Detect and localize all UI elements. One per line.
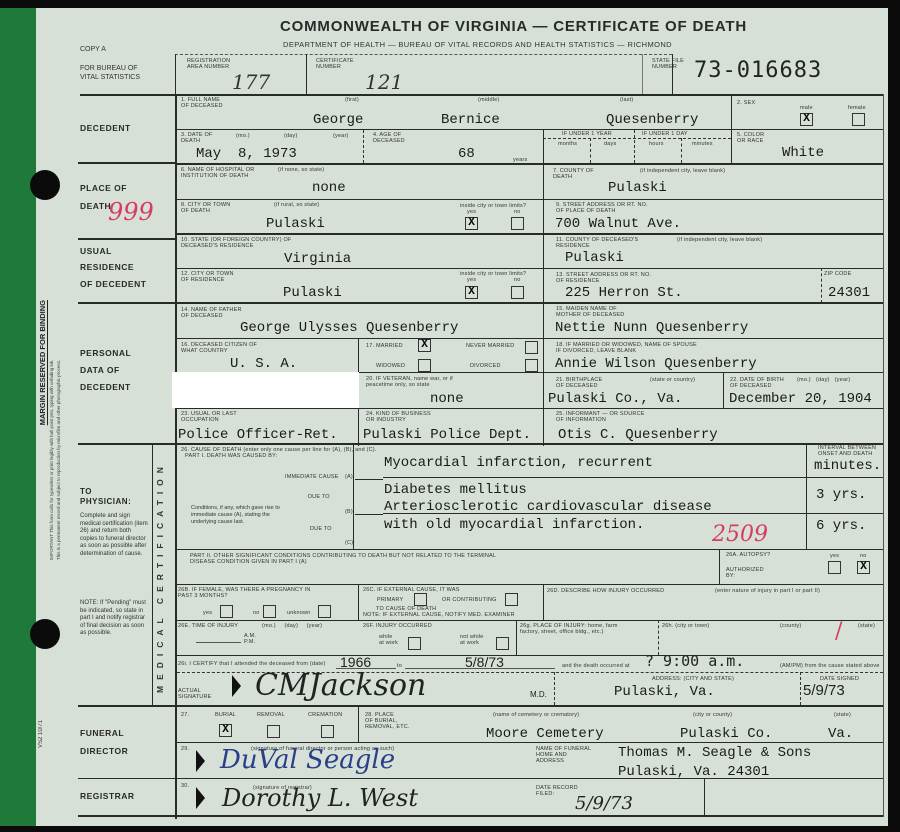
pregnancy-no-checkbox[interactable]	[263, 605, 276, 618]
divider	[175, 54, 672, 56]
divider	[681, 138, 682, 163]
divider	[177, 199, 883, 200]
pregnancy-no-label: no	[253, 610, 260, 616]
burial-label: BURIAL	[215, 712, 236, 718]
citizen-label: 16. DECEASED CITIZEN OF WHAT COUNTRY	[181, 342, 257, 354]
pending-note: NOTE: If "Pending" must be indicated, so…	[80, 600, 148, 638]
under-1-day-label: IF UNDER 1 DAY	[642, 131, 688, 137]
due-to-label-2: DUE TO	[310, 526, 332, 532]
cemetery-city-hint: (city or county)	[693, 712, 732, 718]
funeral-home-name: Thomas M. Seagle & Sons	[618, 745, 811, 761]
not-while-at-work-label: not while at work	[460, 634, 484, 646]
death-inside-limits-no-checkbox[interactable]	[511, 217, 524, 230]
age-value: 68	[458, 146, 475, 162]
divorced-checkbox[interactable]	[525, 359, 538, 372]
md-label: M.D.	[530, 690, 547, 699]
cemetery-hint: (name of cemetery or crematory)	[493, 712, 579, 718]
section-personal-2: DATA OF	[80, 365, 120, 375]
immediate-cause-label: IMMEDIATE CAUSE	[285, 474, 339, 480]
residence-street-label: 13. STREET ADDRESS OR RT. NO. OF RESIDEN…	[556, 272, 651, 284]
yes-label: yes	[467, 209, 476, 215]
divider	[177, 408, 883, 409]
pregnancy-unknown-checkbox[interactable]	[318, 605, 331, 618]
divider	[516, 620, 517, 655]
dob-value: December 20, 1904	[729, 391, 872, 407]
months-hint: months	[558, 141, 577, 147]
redacted-field	[172, 372, 359, 408]
residence-state-value: Virginia	[284, 251, 351, 267]
cemetery-county-value: Pulaski Co.	[680, 726, 772, 742]
divider	[543, 302, 544, 446]
divider	[177, 742, 883, 743]
birthplace-label: 21. BIRTHPLACE OF DECEASED	[556, 377, 602, 389]
section-place-of-death: PLACE OF	[80, 183, 127, 193]
divider	[821, 268, 822, 303]
autopsy-yes-label: yes	[830, 553, 839, 559]
residence-city-value: Pulaski	[283, 285, 342, 301]
father-value: George Ulysses Quesenberry	[240, 320, 458, 336]
date-of-death-label: 3. DATE OF DEATH	[181, 132, 213, 144]
director-signature: DuVal Seagle	[220, 745, 395, 775]
full-name-label: 1. FULL NAME OF DECEASED	[181, 97, 223, 109]
widowed-label: WIDOWED	[376, 363, 405, 369]
cause-a-marker: (A)	[345, 474, 353, 480]
registration-area-number: 177	[232, 70, 270, 94]
removal-label: REMOVAL	[257, 712, 285, 718]
primary-checkbox[interactable]	[414, 593, 427, 606]
primary-label: PRIMARY	[377, 597, 403, 603]
divider	[306, 54, 307, 94]
punch-hole	[30, 170, 60, 200]
contributing-label: or CONTRIBUTING	[442, 597, 497, 603]
divider	[177, 338, 883, 339]
divider	[355, 514, 383, 515]
describe-injury-hint: (enter nature of injury in part I or par…	[715, 588, 820, 594]
minutes-hint: minutes	[692, 141, 713, 147]
residence-state-label: 10. STATE (OR FOREIGN COUNTRY) OF DECEAS…	[181, 237, 292, 249]
divider	[177, 129, 883, 130]
dob-label: 22. DATE OF BIRTH OF DECEASED	[730, 377, 784, 389]
burial-place-label: 28. PLACE OF BURIAL, REMOVAL, ETC.	[365, 712, 410, 730]
time-of-injury-label: 26e. TIME OF INJURY	[178, 623, 238, 629]
signature-arrow-icon	[232, 675, 241, 697]
month-hint: (mo.)	[236, 133, 250, 139]
section-personal: PERSONAL	[80, 348, 131, 358]
divider	[80, 94, 175, 96]
last-name-value: Quesenberry	[606, 112, 698, 128]
due-to-label: DUE TO	[308, 494, 330, 500]
city-of-death-label: 8. CITY OR TOWN OF DEATH	[181, 202, 230, 214]
divider	[78, 815, 883, 817]
cemetery-state-hint: (state)	[834, 712, 851, 718]
physician-address-label: ADDRESS: (CITY AND STATE)	[652, 676, 734, 682]
place-of-injury-label: 26g. PLACE OF INJURY: home, farm factory…	[520, 623, 618, 635]
physician-heading: PHYSICIAN:	[80, 497, 131, 506]
county-of-death-label: 7. COUNTY OF DEATH	[553, 168, 594, 180]
registrar-number: 30.	[181, 783, 189, 789]
certificate-paper	[0, 8, 888, 826]
divider	[355, 479, 383, 480]
date-of-death-value: May 8, 1973	[196, 146, 297, 162]
physician-signature: CMJackson	[255, 668, 426, 703]
cause-c-value-2: with old myocardial infarction.	[384, 517, 644, 533]
section-residence-2: RESIDENCE	[80, 262, 134, 272]
external-note: NOTE: IF EXTERNAL CAUSE, NOTIFY MED. EXA…	[363, 612, 515, 618]
divider	[383, 513, 883, 514]
middle-name-value: Bernice	[441, 112, 500, 128]
disposition-number: 27.	[181, 712, 189, 718]
funeral-home-address: Pulaski, Va. 24301	[618, 764, 769, 780]
divider	[723, 372, 724, 408]
registrar-signature-arrow-icon	[196, 787, 205, 809]
document-title: COMMONWEALTH OF VIRGINIA — CERTIFICATE O…	[280, 18, 747, 35]
autopsy-no-checkbox[interactable]: X	[857, 561, 870, 574]
injury-county-label: (county)	[780, 623, 801, 629]
divorced-label: DIVORCED	[470, 363, 501, 369]
copy-label: COPY A	[80, 46, 106, 53]
section-decedent: DECEDENT	[80, 123, 131, 133]
never-married-checkbox[interactable]	[525, 341, 538, 354]
conditions-note: Conditions, if any, which gave rise to i…	[191, 505, 289, 526]
removal-checkbox[interactable]	[267, 725, 280, 738]
county-of-death-value: Pulaski	[608, 180, 667, 196]
funeral-home-label: NAME OF FUNERAL HOME AND ADDRESS	[536, 746, 591, 764]
registrar-signature: Dorothy L. West	[222, 784, 418, 812]
medical-certification-label: MEDICAL CERTIFICATION	[155, 455, 165, 700]
director-signature-arrow-icon	[196, 750, 205, 772]
sex-male-checkbox[interactable]: X	[800, 113, 813, 126]
day-hint: (day)	[284, 133, 298, 139]
time-blank	[196, 642, 241, 643]
burial-checkbox[interactable]: X	[219, 724, 232, 737]
divider	[543, 138, 731, 139]
divider	[554, 672, 555, 705]
state-file-number: 73-016683	[694, 58, 822, 83]
color-label: 5. COLOR OR RACE	[737, 132, 764, 144]
divider	[78, 302, 175, 304]
hospital-hint: (if none, so state)	[278, 167, 324, 173]
informant-label: 25. INFORMANT — OR SOURCE OF INFORMATION	[556, 411, 645, 423]
interval-a-value: minutes.	[814, 458, 881, 474]
hours-hint: hours	[649, 141, 664, 147]
occupation-value: Police Officer-Ret.	[178, 427, 338, 443]
sex-female-checkbox[interactable]	[852, 113, 865, 126]
age-label: 4. AGE OF DECEASED	[373, 132, 405, 144]
divider	[177, 549, 883, 550]
certificate-number: 121	[365, 70, 403, 94]
color-value: White	[782, 145, 824, 161]
am-pm-label: A.M. P.M.	[244, 633, 256, 645]
state-file-label: STATE FILE NUMBER	[652, 58, 684, 70]
residence-street-value: 225 Herron St.	[565, 285, 683, 301]
yes-label: yes	[467, 277, 476, 283]
sex-label: 2. SEX	[737, 100, 755, 106]
registration-area-label: REGISTRATION AREA NUMBER	[187, 58, 230, 70]
widowed-checkbox[interactable]	[418, 359, 431, 372]
physician-address-value: Pulaski, Va.	[614, 684, 715, 700]
dob-hint: (mo.) (day) (year)	[797, 377, 850, 383]
section-residence-3: OF DECEDENT	[80, 279, 146, 289]
divider	[358, 584, 359, 620]
no-label: no	[514, 277, 521, 283]
residence-inside-limits-yes-checkbox[interactable]: X	[465, 286, 478, 299]
divider	[358, 705, 359, 742]
attended-to-value: 5/8/73	[465, 654, 504, 670]
divider	[177, 233, 883, 235]
spouse-value: Annie Wilson Quesenberry	[555, 356, 757, 372]
authorized-by-label: AUTHORIZED BY:	[726, 567, 764, 579]
divider	[177, 268, 883, 269]
divider	[177, 655, 883, 656]
divider	[543, 268, 544, 303]
zip-value: 24301	[828, 285, 870, 301]
pregnancy-yes-checkbox[interactable]	[220, 605, 233, 618]
mother-value: Nettie Nunn Quesenberry	[555, 320, 748, 336]
important-note: IMPORTANT This form calls for typewriter…	[49, 260, 55, 560]
contributing-checkbox[interactable]	[505, 593, 518, 606]
middle-name-hint: (middle)	[478, 97, 499, 103]
pregnancy-yes-label: yes	[203, 610, 212, 616]
divider	[152, 443, 883, 445]
cremation-label: CREMATION	[308, 712, 342, 718]
death-street-label: 9. STREET ADDRESS OR RT. NO. OF PLACE OF…	[556, 202, 648, 214]
from-causes-label: (AM/PM) from the cause stated above	[780, 663, 880, 669]
hospital-label: 6. NAME OF HOSPITAL OR INSTITUTION OF DE…	[181, 167, 254, 179]
married-checkbox[interactable]: X	[418, 339, 431, 352]
divider	[719, 549, 720, 584]
certificate-number-label: CERTIFICATE NUMBER	[316, 58, 354, 70]
birthplace-value: Pulaski Co., Va.	[548, 391, 682, 407]
female-label: female	[848, 105, 866, 111]
interval-b-value: 3 yrs.	[816, 487, 866, 503]
year-hint: (year)	[333, 133, 349, 139]
days-hint: days	[604, 141, 616, 147]
important-note-2: This is a permanent record and subject t…	[56, 260, 62, 560]
birthplace-hint: (state or country)	[650, 377, 695, 383]
married-label: 17. MARRIED	[366, 343, 403, 349]
while-at-work-label: while at work	[379, 634, 398, 646]
red-check-mark: /	[835, 619, 842, 644]
divider	[177, 163, 883, 165]
city-of-death-value: Pulaski	[266, 216, 325, 232]
describe-injury-label: 26d. DESCRIBE HOW INJURY OCCURRED	[547, 588, 664, 594]
county-hint: (if independent city, leave blank)	[640, 168, 725, 174]
divider	[806, 443, 807, 549]
while-at-work-checkbox[interactable]	[408, 637, 421, 650]
cemetery-state-value: Va.	[828, 726, 853, 742]
copy-purpose: FOR BUREAU OF VITAL STATISTICS	[80, 64, 140, 82]
section-funeral: FUNERAL	[80, 728, 124, 738]
zip-label: ZIP CODE	[824, 271, 851, 277]
autopsy-no-label: no	[860, 553, 867, 559]
binding-margin-title: MARGIN RESERVED FOR BINDING	[38, 300, 47, 425]
punch-hole	[30, 619, 60, 649]
not-while-at-work-checkbox[interactable]	[496, 637, 509, 650]
divider	[175, 54, 176, 94]
certify-label: 26i. I CERTIFY that I attended the decea…	[178, 661, 325, 667]
divider	[78, 238, 175, 240]
death-time-value: ? 9:00 a.m.	[645, 652, 744, 670]
residence-county-label: 11. COUNTY OF DECEASED'S RESIDENCE	[556, 237, 638, 249]
cemetery-value: Moore Cemetery	[486, 726, 604, 742]
cremation-checkbox[interactable]	[321, 725, 334, 738]
last-name-hint: (last)	[620, 97, 633, 103]
section-residence: USUAL	[80, 246, 112, 256]
binding-strip	[0, 8, 36, 826]
no-label: no	[514, 209, 521, 215]
first-name-value: George	[313, 112, 363, 128]
divider	[78, 705, 883, 707]
cause-c-marker: (C)	[345, 540, 353, 546]
divider	[634, 130, 635, 163]
interval-c-value: 6 yrs.	[816, 518, 866, 534]
section-funeral-2: DIRECTOR	[80, 746, 128, 756]
business-value: Pulaski Police Dept.	[363, 427, 531, 443]
divider	[78, 162, 175, 164]
cause-b-value: Diabetes mellitus	[384, 482, 527, 498]
divider	[177, 584, 883, 585]
divider	[704, 779, 705, 815]
divider	[543, 163, 544, 279]
divider	[358, 372, 883, 373]
residence-county-hint: (if independent city, leave blank)	[677, 237, 762, 243]
place-code-handwritten: 999	[108, 198, 154, 226]
pregnancy-label: 26b. IF FEMALE, WAS THERE A PREGNANCY IN…	[178, 587, 311, 599]
actual-signature-label: ACTUAL SIGNATURE	[178, 688, 211, 700]
pregnancy-unknown-label: unknown	[287, 610, 310, 616]
divider	[152, 445, 153, 707]
business-label: 24. KIND OF BUSINESS OR INDUSTRY	[366, 411, 431, 423]
residence-city-label: 12. CITY OR TOWN OF RESIDENCE	[181, 271, 234, 283]
mother-label: 15. MAIDEN NAME OF MOTHER OF DECEASED	[556, 306, 624, 318]
father-label: 14. NAME OF FATHER OF DECEASED	[181, 307, 242, 319]
divider	[658, 620, 659, 655]
section-place-of-death-2: DEATH	[80, 201, 111, 211]
male-label: male	[800, 105, 813, 111]
death-occurred-label: and the death occurred at	[562, 663, 630, 669]
right-border	[883, 94, 884, 817]
document-subtitle: DEPARTMENT OF HEALTH — BUREAU OF VITAL R…	[283, 40, 672, 49]
part1-label: PART I. DEATH WAS CAUSED BY:	[185, 453, 277, 459]
citizen-value: U. S. A.	[230, 356, 297, 372]
form-code: VS2 10/71	[38, 720, 44, 748]
death-street-value: 700 Walnut Ave.	[555, 216, 681, 232]
section-personal-3: DECEDENT	[80, 382, 131, 392]
divider	[363, 130, 364, 163]
divider	[590, 138, 591, 163]
date-filed-value: 5/9/73	[575, 793, 633, 814]
spouse-label: 18. IF MARRIED OR WIDOWED, NAME OF SPOUS…	[556, 342, 697, 354]
residence-inside-limits-no-checkbox[interactable]	[511, 286, 524, 299]
under-1-year-label: IF UNDER 1 YEAR	[562, 131, 612, 137]
interval-label: INTERVAL BETWEEN ONSET AND DEATH	[818, 445, 876, 457]
hospital-value: none	[312, 180, 346, 196]
death-inside-limits-yes-checkbox[interactable]: X	[465, 217, 478, 230]
first-name-hint: (first)	[345, 97, 359, 103]
time-of-injury-hint: (mo.) (day) (year)	[262, 623, 322, 629]
occupation-label: 23. USUAL OR LAST OCCUPATION	[181, 411, 237, 423]
cause-b-marker: (B)	[345, 509, 353, 515]
section-registrar: REGISTRAR	[80, 791, 135, 801]
physician-instructions: Complete and sign medical certification …	[80, 513, 150, 558]
date-signed-value: 5/9/73	[803, 682, 845, 699]
divider	[177, 620, 883, 621]
residence-county-value: Pulaski	[565, 250, 624, 266]
divider	[177, 302, 883, 304]
divider	[543, 129, 544, 163]
veteran-label: 20. IF VETERAN, name war, or if peacetim…	[366, 376, 453, 388]
divider	[800, 672, 801, 705]
to-label: TO	[80, 487, 92, 496]
never-married-label: NEVER MARRIED	[466, 343, 514, 349]
veteran-value: none	[430, 391, 464, 407]
informant-value: Otis C. Quesenberry	[558, 427, 718, 443]
external-cause-label: 26c. IF EXTERNAL CAUSE, IT WAS	[363, 587, 460, 593]
city-hint: (if rural, so state)	[274, 202, 319, 208]
director-number: 29.	[181, 746, 189, 752]
injury-occurred-label: 26f. INJURY OCCURRED	[363, 623, 432, 629]
divider	[175, 94, 883, 96]
divider	[642, 54, 643, 94]
divider	[383, 477, 883, 478]
date-filed-label: DATE RECORD FILED:	[536, 785, 578, 797]
part2-label: PART II. OTHER SIGNIFICANT CONDITIONS CO…	[190, 553, 496, 565]
autopsy-yes-checkbox[interactable]	[828, 561, 841, 574]
divider	[175, 94, 177, 819]
divider	[353, 443, 354, 549]
cause-code-handwritten: 2509	[712, 522, 768, 547]
injury-state-label: (state)	[858, 623, 875, 629]
cause-a-value: Myocardial infarction, recurrent	[384, 455, 653, 471]
injury-city-label: 26h. (city or town)	[662, 623, 710, 629]
divider	[543, 584, 544, 620]
autopsy-label: 26a. AUTOPSY?	[726, 552, 770, 558]
